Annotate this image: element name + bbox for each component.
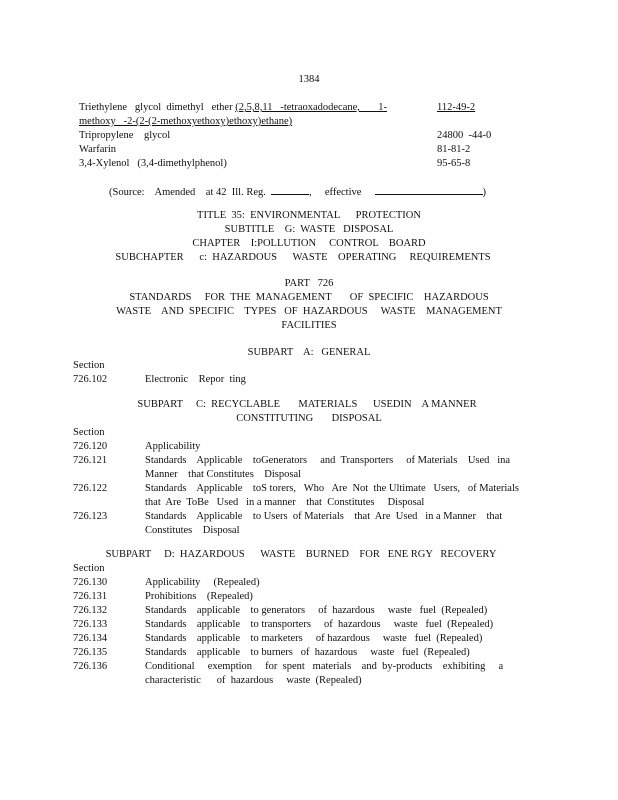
- section-number: 726.122: [73, 482, 107, 496]
- section-title: Standards Applicable toS torers, Who Are…: [145, 482, 519, 496]
- section-title: Standards applicable to marketers of haz…: [145, 632, 482, 646]
- chapter-heading: CHAPTER I:POLLUTION CONTROL BOARD: [0, 237, 618, 251]
- section-title: Conditional exemption for spent material…: [145, 660, 503, 674]
- title-heading: TITLE 35: ENVIRONMENTAL PROTECTION: [0, 209, 618, 223]
- document-page: 1384 Triethylene glycol dimethyl ether (…: [0, 0, 618, 800]
- section-title: Prohibitions (Repealed): [145, 590, 253, 604]
- subpart-c-heading-line-1: SUBPART C: RECYCLABLE MATERIALS USEDIN A…: [0, 398, 616, 412]
- section-title: Electronic Repor ting: [145, 373, 246, 387]
- section-title: Applicability: [145, 440, 200, 454]
- section-number: 726.121: [73, 454, 107, 468]
- chemical-row-1-name-line2: methoxy -2-(2-(2-methoxyethoxy)ethoxy)et…: [79, 115, 292, 129]
- chemical-row-4-name: 3,4-Xylenol (3,4-dimethylphenol): [79, 157, 227, 171]
- section-title-continued: that Are ToBe Used in a manner that Cons…: [145, 496, 424, 510]
- source-note: (Source: Amended at 42 Ill. Reg. , effec…: [109, 184, 486, 200]
- section-title-continued: Constitutes Disposal: [145, 524, 240, 538]
- section-number: 726.130: [73, 576, 107, 590]
- effective-date-blank: [375, 184, 483, 195]
- chemical-row-3-name: Warfarin: [79, 143, 116, 157]
- part-title-line-3: FACILITIES: [0, 319, 618, 333]
- section-title: Applicability (Repealed): [145, 576, 260, 590]
- chemical-row-1-cas: 112-49-2: [437, 101, 475, 115]
- subpart-d-heading: SUBPART D: HAZARDOUS WASTE BURNED FOR EN…: [0, 548, 610, 562]
- part-title-line-1: STANDARDS FOR THE MANAGEMENT OF SPECIFIC…: [0, 291, 618, 305]
- section-title: Standards applicable to burners of hazar…: [145, 646, 470, 660]
- section-number: 726.120: [73, 440, 107, 454]
- subpart-a-heading: SUBPART A: GENERAL: [0, 346, 618, 360]
- chemical-row-2-name: Tripropylene glycol: [79, 129, 170, 143]
- chemical-row-1-name-line1: Triethylene glycol dimethyl ether (2,5,8…: [79, 101, 387, 115]
- page-number: 1384: [0, 73, 618, 87]
- section-number: 726.102: [73, 373, 107, 387]
- chemical-row-3-cas: 81-81-2: [437, 143, 470, 157]
- part-heading: PART 726: [0, 277, 618, 291]
- part-title-line-2: WASTE AND SPECIFIC TYPES OF HAZARDOUS WA…: [0, 305, 618, 319]
- subpart-c-heading-line-2: CONSTITUTING DISPOSAL: [0, 412, 618, 426]
- section-number: 726.134: [73, 632, 107, 646]
- comma: ,: [309, 187, 312, 198]
- subtitle-heading: SUBTITLE G: WASTE DISPOSAL: [0, 223, 618, 237]
- register-page-blank: [271, 184, 309, 195]
- section-title-continued: Manner that Constitutes Disposal: [145, 468, 301, 482]
- section-number: 726.132: [73, 604, 107, 618]
- section-number: 726.131: [73, 590, 107, 604]
- section-number: 726.133: [73, 618, 107, 632]
- section-label: Section: [73, 426, 105, 440]
- section-number: 726.136: [73, 660, 107, 674]
- section-title: Standards applicable to transporters of …: [145, 618, 493, 632]
- section-label: Section: [73, 562, 105, 576]
- closing-paren: ): [483, 187, 487, 198]
- section-title-continued: characteristic of hazardous waste (Repea…: [145, 674, 362, 688]
- chemical-name: Triethylene glycol dimethyl ether: [79, 102, 235, 113]
- chemical-row-2-cas: 24800 -44-0: [437, 129, 491, 143]
- section-label: Section: [73, 359, 105, 373]
- section-title: Standards Applicable to Users of Materia…: [145, 510, 502, 524]
- source-note-effective: effective: [325, 187, 362, 198]
- section-number: 726.123: [73, 510, 107, 524]
- source-note-prefix: (Source: Amended at 42 Ill. Reg.: [109, 187, 266, 198]
- chemical-row-4-cas: 95-65-8: [437, 157, 470, 171]
- subchapter-heading: SUBCHAPTER c: HAZARDOUS WASTE OPERATING …: [0, 251, 612, 265]
- section-title: Standards applicable to generators of ha…: [145, 604, 487, 618]
- section-title: Standards Applicable toGenerators and Tr…: [145, 454, 510, 468]
- section-number: 726.135: [73, 646, 107, 660]
- chemical-synonym: (2,5,8,11 -tetraoxadodecane, 1-: [235, 102, 387, 113]
